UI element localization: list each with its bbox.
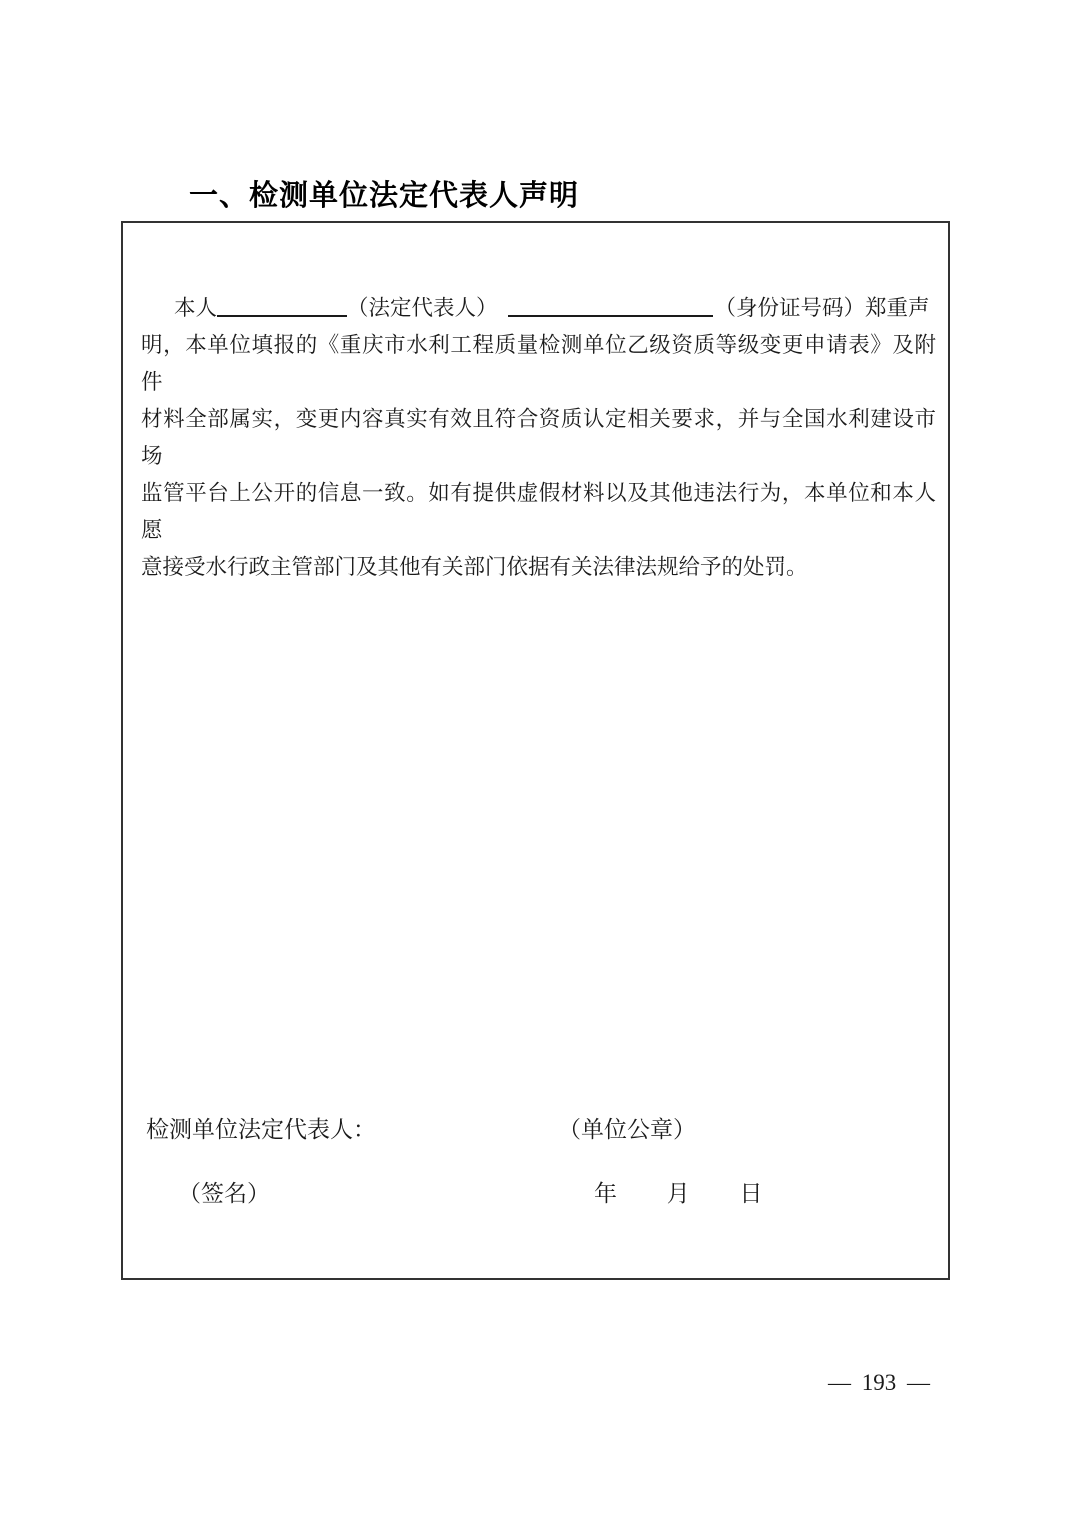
document-page: 一、检测单位法定代表人声明 本人（法定代表人）（身份证号码）郑重声 明，本单位填…	[0, 0, 1074, 1520]
declaration-line-1: 本人（法定代表人）（身份证号码）郑重声	[141, 290, 936, 327]
day-label: 日	[740, 1181, 763, 1206]
declaration-line-3: 材料全部属实，变更内容真实有效且符合资质认定相关要求，并与全国水利建设市场	[141, 401, 936, 475]
id-number-blank[interactable]	[508, 315, 713, 317]
date-line: 年 月 日	[594, 1179, 763, 1209]
declaration-box: 本人（法定代表人）（身份证号码）郑重声 明，本单位填报的《重庆市水利工程质量检测…	[121, 221, 950, 1280]
legal-rep-label: （法定代表人）	[347, 296, 498, 320]
declaration-line-2: 明，本单位填报的《重庆市水利工程质量检测单位乙级资质等级变更申请表》及附件	[141, 327, 936, 401]
year-label: 年	[594, 1181, 617, 1206]
declaration-prefix: 本人	[174, 296, 217, 320]
month-label: 月	[667, 1181, 690, 1206]
signature-rep-label: 检测单位法定代表人：	[146, 1115, 376, 1145]
legal-rep-name-blank[interactable]	[217, 315, 347, 317]
section-title: 一、检测单位法定代表人声明	[189, 179, 579, 213]
page-number: — 193 —	[828, 1369, 930, 1397]
declaration-line-1-suffix: （身份证号码）郑重声	[715, 296, 930, 320]
declaration-text: 本人（法定代表人）（身份证号码）郑重声 明，本单位填报的《重庆市水利工程质量检测…	[141, 290, 936, 586]
declaration-line-5: 意接受水行政主管部门及其他有关部门依据有关法律法规给予的处罚。	[141, 549, 936, 586]
signature-name-label: （签名）	[178, 1179, 270, 1209]
company-seal-label: （单位公章）	[558, 1115, 696, 1145]
declaration-line-4: 监管平台上公开的信息一致。如有提供虚假材料以及其他违法行为，本单位和本人愿	[141, 475, 936, 549]
